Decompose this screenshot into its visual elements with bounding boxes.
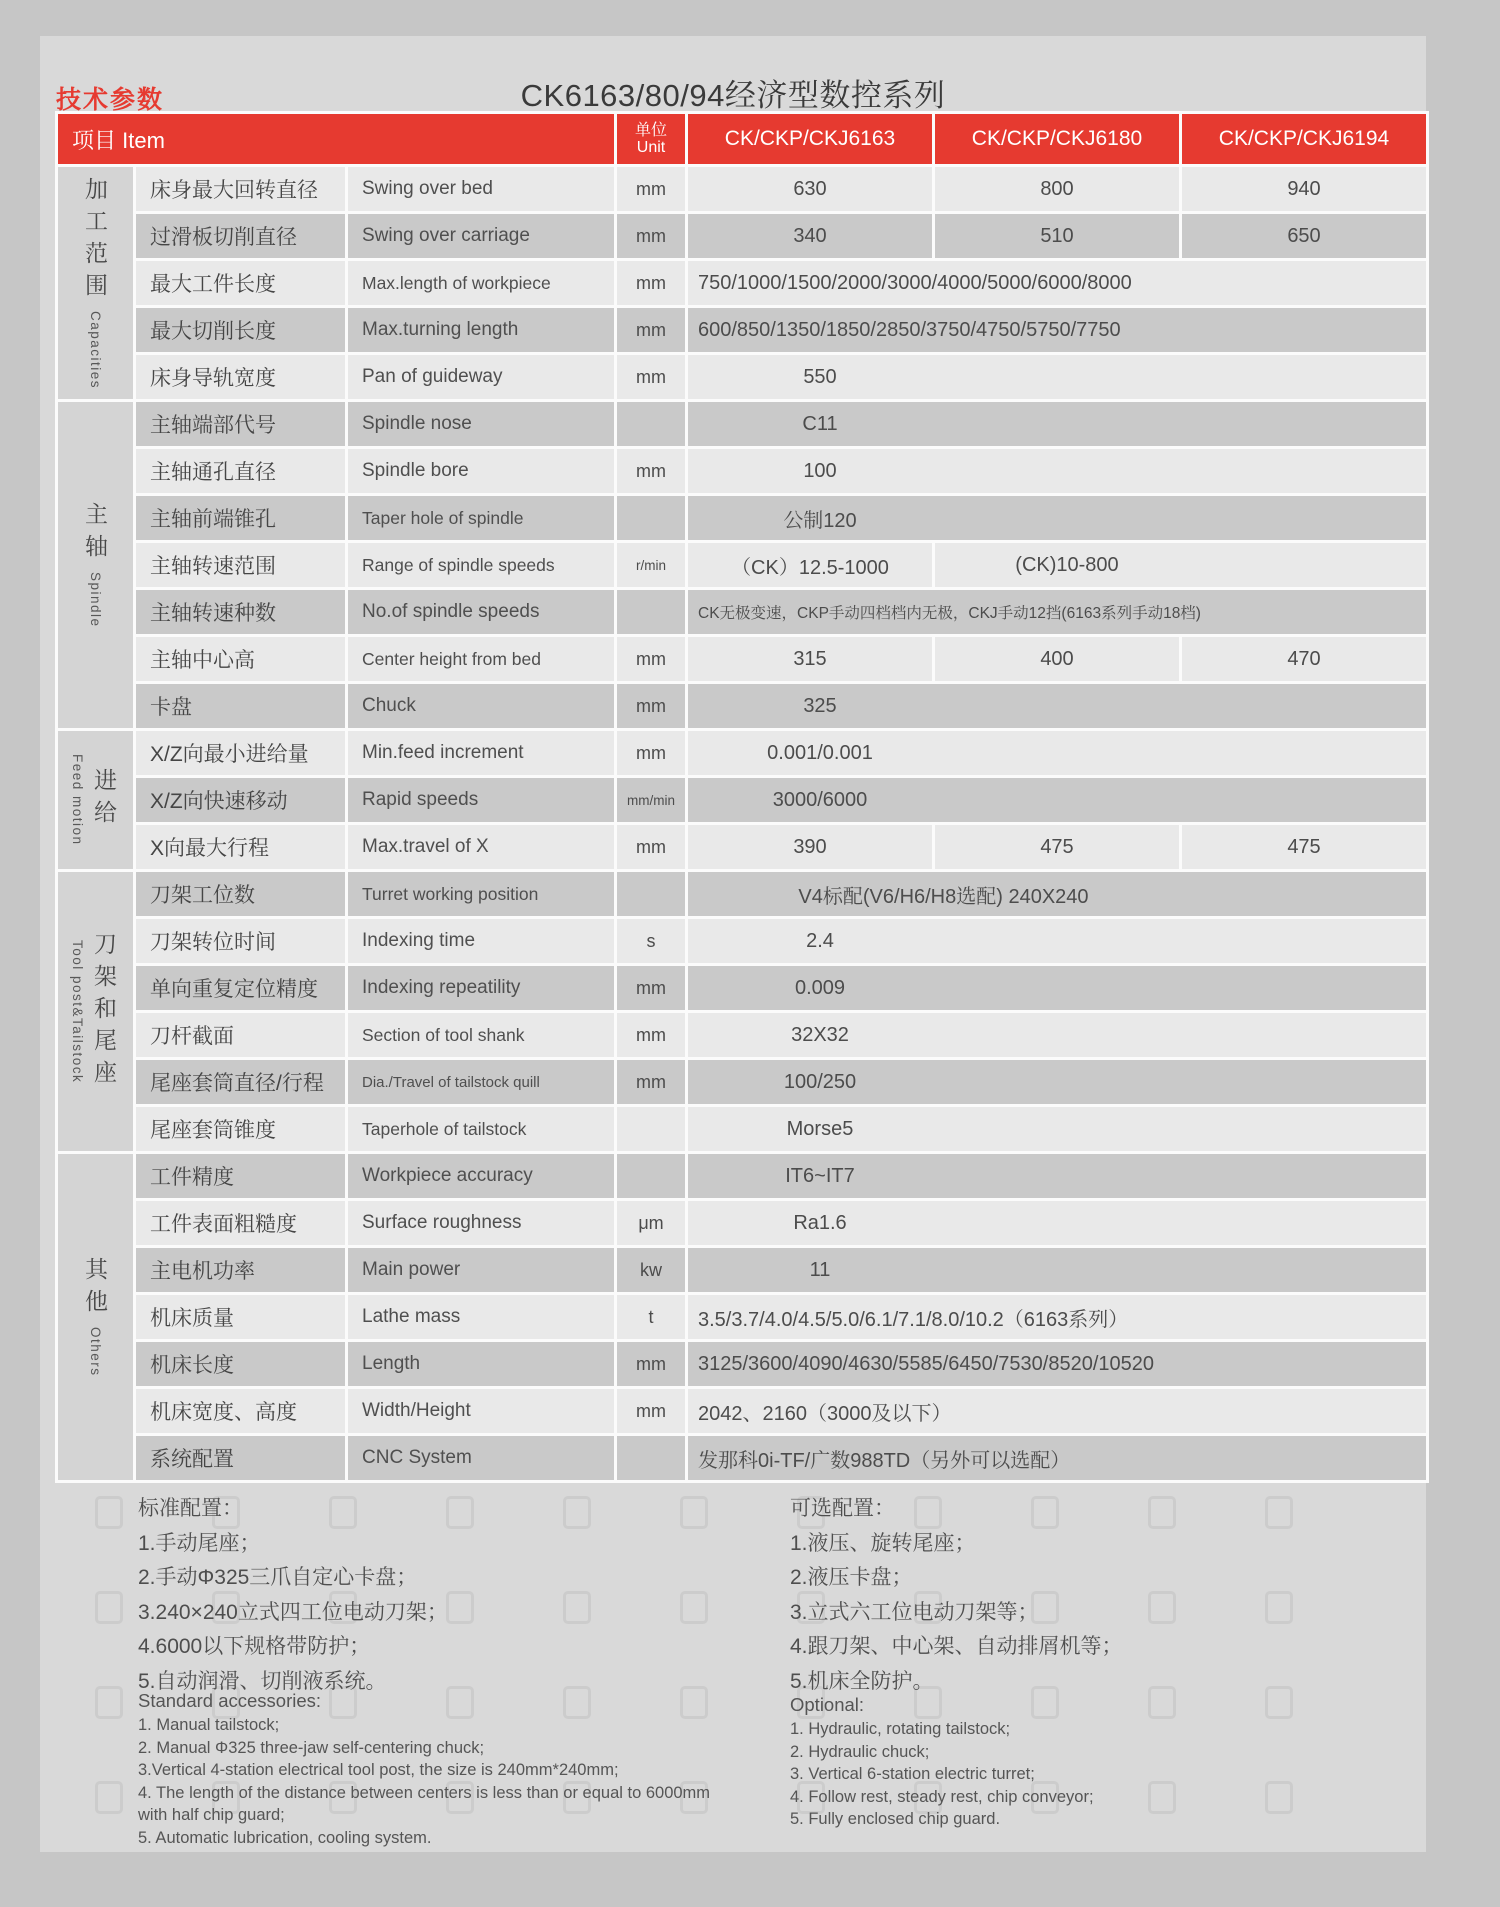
row-label-en: Chuck [348,684,614,728]
row-label-cn: 刀杆截面 [136,1013,345,1057]
row-label-en: Pan of guideway [348,355,614,399]
model-column-header-6194: CK/CKP/CKJ6194 [1182,114,1426,164]
unit-cell: kw [617,1248,685,1292]
value-cell: 475 [1182,825,1426,869]
model-column-header-6180: CK/CKP/CKJ6180 [935,114,1179,164]
value-cell: 11 [688,1248,1426,1292]
section-strip: 其他Others [58,1154,133,1480]
row-label-en: Length [348,1342,614,1386]
row-label-cn: 床身最大回转直径 [136,167,345,211]
list-item: 2. Hydraulic chuck; [790,1741,1410,1764]
row-label-cn: X向最大行程 [136,825,345,869]
watermark-square [1148,1496,1176,1529]
row-label-cn: 主轴端部代号 [136,402,345,446]
unit-cell: mm [617,449,685,493]
row-label-en: Spindle bore [348,449,614,493]
list-item: 4.6000以下规格带防护； [138,1630,448,1665]
row-label-cn: 尾座套筒直径/行程 [136,1060,345,1104]
row-label-cn: X/Z向最小进给量 [136,731,345,775]
value-text: 550 [698,366,942,389]
value-cell: 3000/6000 [688,778,1426,822]
row-label-en: Indexing repeatility [348,966,614,1010]
unit-cell: mm [617,825,685,869]
unit-cell: s [617,919,685,963]
section-label-en: Others [88,1327,103,1377]
page-title: CK6163/80/94经济型数控系列 [40,70,1426,115]
unit-cell: r/min [617,543,685,587]
row-label-en: Taper hole of spindle [348,496,614,540]
value-text: (CK)10-800 [945,554,1189,577]
watermark-square [446,1496,474,1529]
value-text: Morse5 [698,1118,942,1141]
row-label-en: Center height from bed [348,637,614,681]
row-label-cn: 刀架工位数 [136,872,345,916]
row-label-en: Dia./Travel of tailstock quill [348,1060,614,1104]
value-cell: 750/1000/1500/2000/3000/4000/5000/6000/8… [688,261,1426,305]
table-header-unit: 单位 Unit [617,114,685,164]
value-text: 32X32 [698,1024,942,1047]
value-cell: 0.001/0.001 [688,731,1426,775]
watermark-square [680,1496,708,1529]
value-cell: Morse5 [688,1107,1426,1151]
section-label-en: Feed motion [70,754,85,846]
value-text: 100 [698,460,942,483]
value-cell: 390 [688,825,932,869]
row-label-cn: 工件表面粗糙度 [136,1201,345,1245]
value-text: 100/250 [698,1071,942,1094]
row-label-cn: 床身导轨宽度 [136,355,345,399]
list-item: 2. Manual Φ325 three-jaw self-centering … [138,1737,728,1760]
value-cell: C11 [688,402,1426,446]
value-cell: 800 [935,167,1179,211]
table-header-item: 项目 Item [58,114,614,164]
watermark-square [95,1591,123,1624]
section-label-cn: 主轴 [79,502,112,566]
unit-cell: mm [617,637,685,681]
value-text: Ra1.6 [698,1212,942,1235]
value-cell: Ra1.6 [688,1201,1426,1245]
value-cell: （CK）12.5-1000 [688,543,932,587]
row-label-cn: 过滑板切削直径 [136,214,345,258]
unit-cell [617,1107,685,1151]
optional-en-title: Optional: [790,1692,1410,1718]
unit-cell: mm [617,1060,685,1104]
row-label-cn: 主轴中心高 [136,637,345,681]
row-label-cn: 机床质量 [136,1295,345,1339]
value-cell: 550 [688,355,1426,399]
value-cell: 940 [1182,167,1426,211]
value-text: 3000/6000 [698,789,942,812]
row-label-en: Min.feed increment [348,731,614,775]
row-label-cn: 主轴转速范围 [136,543,345,587]
value-cell: 2042、2160（3000及以下） [688,1389,1426,1433]
row-label-en: CNC System [348,1436,614,1480]
watermark-square [95,1496,123,1529]
optional-en-list: Optional: 1. Hydraulic, rotating tailsto… [790,1692,1410,1831]
list-item: 1. Hydraulic, rotating tailstock; [790,1718,1410,1741]
value-cell: 600/850/1350/1850/2850/3750/4750/5750/77… [688,308,1426,352]
unit-cell: mm [617,684,685,728]
row-label-en: Indexing time [348,919,614,963]
standard-accessories-en-title: Standard accessories: [138,1688,728,1714]
watermark-square [95,1686,123,1719]
row-label-en: Section of tool shank [348,1013,614,1057]
unit-cell: mm [617,966,685,1010]
list-item: 2.液压卡盘； [790,1561,1123,1596]
row-label-en: Spindle nose [348,402,614,446]
catalog-page: { "page": { "title": "CK6163/80/94经济型数控系… [0,0,1500,1907]
value-text: V4标配(V6/H6/H8选配) 240X240 [698,880,1189,909]
value-cell: 650 [1182,214,1426,258]
section-label-en: Capacities [88,311,103,389]
value-cell: 630 [688,167,932,211]
model-column-header-6163: CK/CKP/CKJ6163 [688,114,932,164]
unit-header-cn: 单位 [635,122,667,139]
watermark-square [563,1591,591,1624]
value-cell: 400 [935,637,1179,681]
unit-cell: mm [617,1389,685,1433]
row-label-en: Range of spindle speeds [348,543,614,587]
standard-config-cn-list: 标准配置： 1.手动尾座；2.手动Φ325三爪自定心卡盘；3.240×240立式… [138,1492,448,1699]
row-label-en: Workpiece accuracy [348,1154,614,1198]
row-label-en: Max.travel of X [348,825,614,869]
unit-cell: mm/min [617,778,685,822]
unit-cell: mm [617,731,685,775]
watermark-square [680,1591,708,1624]
value-cell: CK无极变速，CKP手动四档档内无极，CKJ手动12挡(6163系列手动18档) [688,590,1426,634]
row-label-en: Swing over carriage [348,214,614,258]
value-text: 公制120 [698,504,942,533]
value-cell: 发那科0i-TF/广数988TD（另外可以选配） [688,1436,1426,1480]
value-text: 0.009 [698,977,942,1000]
list-item: 3.240×240立式四工位电动刀架； [138,1596,448,1631]
section-label-cn: 加工范围 [79,177,112,305]
value-cell: 32X32 [688,1013,1426,1057]
row-label-cn: 卡盘 [136,684,345,728]
row-label-en: Surface roughness [348,1201,614,1245]
unit-cell [617,872,685,916]
unit-cell: μm [617,1201,685,1245]
row-label-en: Main power [348,1248,614,1292]
row-label-en: Turret working position [348,872,614,916]
row-label-en: Width/Height [348,1389,614,1433]
row-label-cn: 主轴转速种数 [136,590,345,634]
unit-cell [617,402,685,446]
row-label-cn: 最大工件长度 [136,261,345,305]
value-cell: 510 [935,214,1179,258]
watermark-square [446,1591,474,1624]
unit-cell: mm [617,261,685,305]
row-label-cn: 主电机功率 [136,1248,345,1292]
unit-cell [617,496,685,540]
unit-cell: mm [617,167,685,211]
unit-cell [617,1436,685,1480]
unit-cell: mm [617,1013,685,1057]
standard-accessories-en-list: Standard accessories: 1. Manual tailstoc… [138,1688,728,1849]
unit-cell: mm [617,355,685,399]
list-item: 3.立式六工位电动刀架等； [790,1596,1123,1631]
row-label-cn: X/Z向快速移动 [136,778,345,822]
value-cell: 470 [1182,637,1426,681]
row-label-cn: 工件精度 [136,1154,345,1198]
list-item: 1.液压、旋转尾座； [790,1527,1123,1562]
unit-cell [617,1154,685,1198]
value-text: IT6~IT7 [698,1165,942,1188]
spec-table: 项目 Item 单位 Unit CK/CKP/CKJ6163 CK/CKP/CK… [55,111,1429,1483]
optional-config-cn-list: 可选配置： 1.液压、旋转尾座；2.液压卡盘；3.立式六工位电动刀架等；4.跟刀… [790,1492,1123,1699]
unit-cell: mm [617,214,685,258]
unit-cell [617,590,685,634]
value-cell: 315 [688,637,932,681]
watermark-square [1265,1591,1293,1624]
row-label-en: Swing over bed [348,167,614,211]
value-cell: 100 [688,449,1426,493]
value-text: 325 [698,695,942,718]
list-item: 2.手动Φ325三爪自定心卡盘； [138,1561,448,1596]
section-label-cn: 其他 [79,1257,112,1321]
list-item: 4.跟刀架、中心架、自动排屑机等； [790,1630,1123,1665]
value-cell: 公制120 [688,496,1426,540]
list-item: 5. Fully enclosed chip guard. [790,1808,1410,1831]
row-label-cn: 系统配置 [136,1436,345,1480]
row-label-cn: 最大切削长度 [136,308,345,352]
value-cell: 3125/3600/4090/4630/5585/6450/7530/8520/… [688,1342,1426,1386]
value-cell: 475 [935,825,1179,869]
watermark-square [1265,1496,1293,1529]
row-label-en: Lathe mass [348,1295,614,1339]
value-cell: 340 [688,214,932,258]
unit-header-en: Unit [637,139,665,156]
row-label-en: Max.turning length [348,308,614,352]
value-cell: IT6~IT7 [688,1154,1426,1198]
watermark-square [563,1496,591,1529]
row-label-en: Taperhole of tailstock [348,1107,614,1151]
value-cell: (CK)10-800 [935,543,1426,587]
unit-cell: mm [617,308,685,352]
value-cell: 325 [688,684,1426,728]
section-strip: 主轴Spindle [58,402,133,728]
row-label-cn: 单向重复定位精度 [136,966,345,1010]
section-label-en: Tool post&Tailstock [70,940,85,1083]
unit-cell: mm [617,1342,685,1386]
value-cell: V4标配(V6/H6/H8选配) 240X240 [688,872,1426,916]
watermark-square [1148,1591,1176,1624]
row-label-cn: 机床宽度、高度 [136,1389,345,1433]
row-label-en: Max.length of workpiece [348,261,614,305]
standard-config-cn-title: 标准配置： [138,1492,448,1527]
section-label-en: Spindle [88,572,103,628]
watermark-square [95,1781,123,1814]
value-text: 0.001/0.001 [698,742,942,765]
value-cell: 3.5/3.7/4.0/4.5/5.0/6.1/7.1/8.0/10.2（616… [688,1295,1426,1339]
section-strip: Feed motion进给 [58,731,133,869]
row-label-cn: 尾座套筒锥度 [136,1107,345,1151]
optional-config-cn-title: 可选配置： [790,1492,1123,1527]
value-text: C11 [698,413,942,436]
row-label-cn: 刀架转位时间 [136,919,345,963]
row-label-cn: 主轴前端锥孔 [136,496,345,540]
section-label-cn: 进给 [88,768,121,832]
section-strip: 加工范围Capacities [58,167,133,399]
value-text: 11 [698,1259,942,1282]
list-item: 3.Vertical 4-station electrical tool pos… [138,1759,728,1782]
list-item: 1.手动尾座； [138,1527,448,1562]
section-strip: Tool post&Tailstock刀架和尾座 [58,872,133,1151]
list-item: 1. Manual tailstock; [138,1714,728,1737]
list-item: 3. Vertical 6-station electric turret; [790,1763,1410,1786]
row-label-cn: 机床长度 [136,1342,345,1386]
unit-cell: t [617,1295,685,1339]
value-cell: 0.009 [688,966,1426,1010]
list-item: 4. Follow rest, steady rest, chip convey… [790,1786,1410,1809]
value-cell: 100/250 [688,1060,1426,1104]
value-cell: 2.4 [688,919,1426,963]
list-item: 5. Automatic lubrication, cooling system… [138,1827,728,1850]
list-item: 4. The length of the distance between ce… [138,1782,728,1827]
row-label-en: Rapid speeds [348,778,614,822]
row-label-en: No.of spindle speeds [348,590,614,634]
row-label-cn: 主轴通孔直径 [136,449,345,493]
catalog-panel: 技术参数 CK6163/80/94经济型数控系列 项目 Item 单位 Unit… [40,36,1426,1852]
value-text: 2.4 [698,930,942,953]
section-label-cn: 刀架和尾座 [88,932,121,1092]
